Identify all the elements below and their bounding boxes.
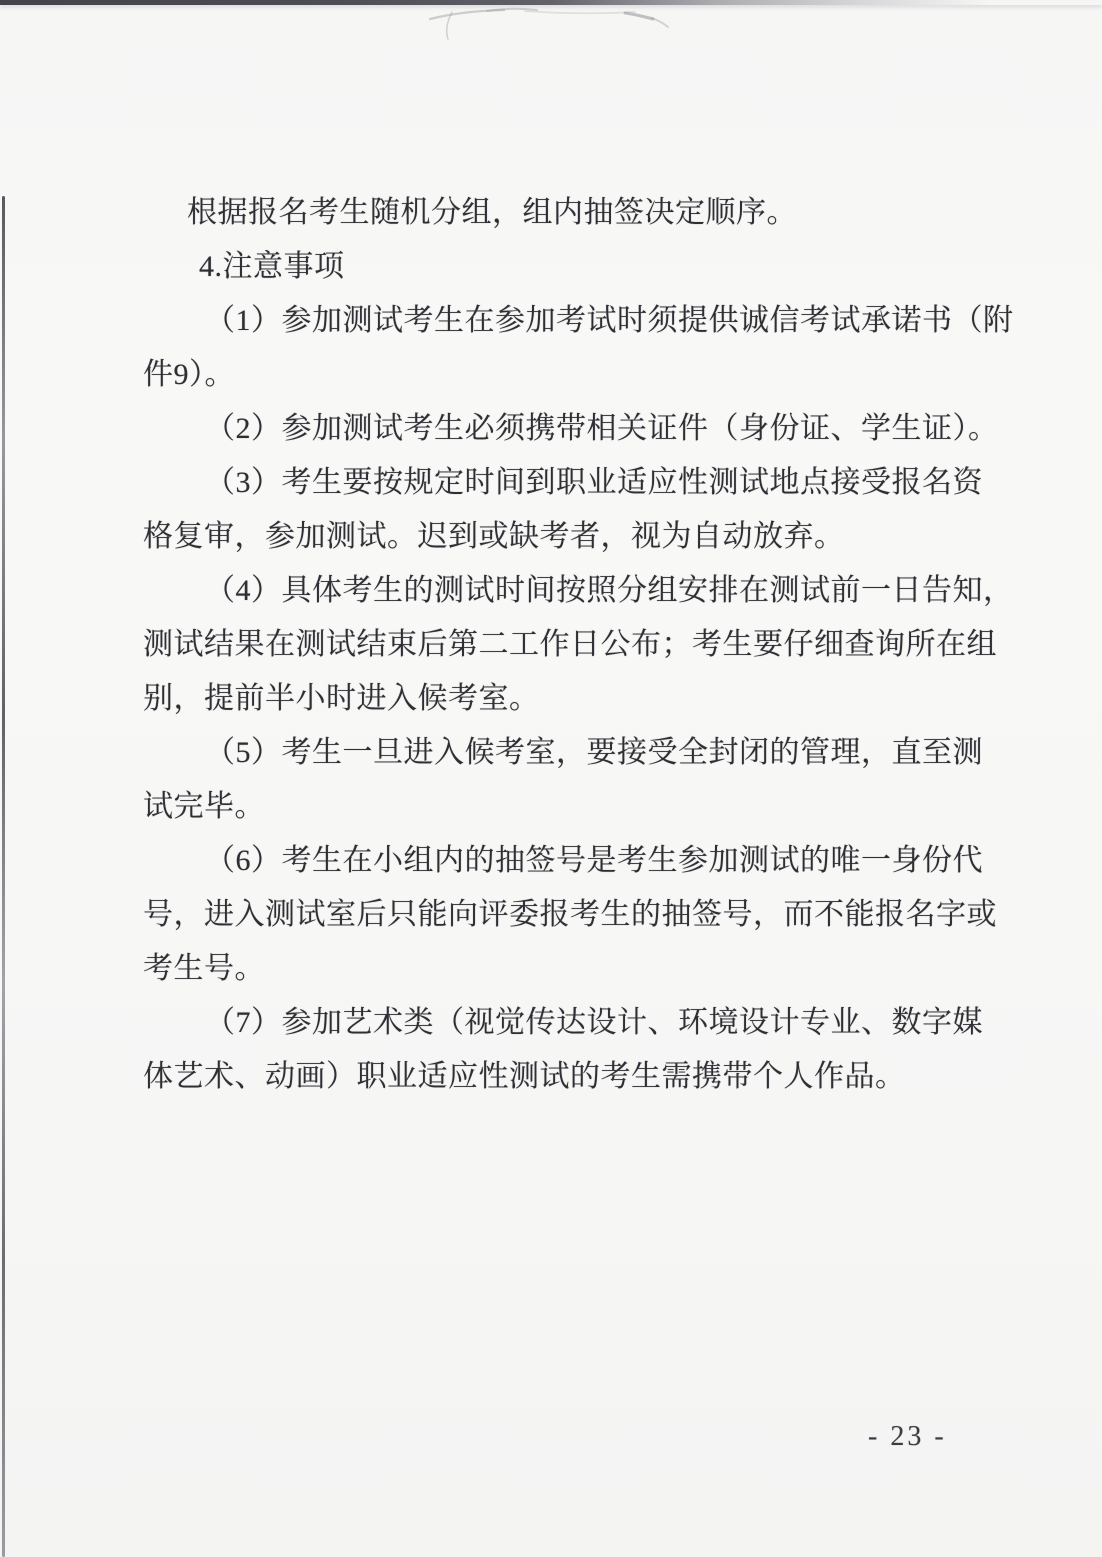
text-line: 测试结果在测试结束后第二工作日公布；考生要仔细查询所在组: [143, 618, 1003, 672]
text-line: （1）参加测试考生在参加考试时须提供诚信考试承诺书（附: [205, 294, 1003, 348]
text-line: 根据报名考生随机分组，组内抽签决定顺序。: [187, 186, 1003, 240]
text-line: 试完毕。: [143, 780, 1003, 834]
text-line: （2）参加测试考生必须携带相关证件（身份证、学生证）。: [205, 402, 1003, 456]
text-line: 4.注意事项: [199, 240, 1003, 294]
text-line: 号，进入测试室后只能向评委报考生的抽签号，而不能报名字或: [143, 888, 1003, 942]
text-line: （6）考生在小组内的抽签号是考生参加测试的唯一身份代: [205, 834, 1003, 888]
text-line: （3）考生要按规定时间到职业适应性测试地点接受报名资: [205, 456, 1003, 510]
scan-left-edge-artifact: [2, 196, 5, 1557]
text-line: 考生号。: [143, 942, 1003, 996]
text-line: 件9）。: [143, 348, 1003, 402]
text-line: 格复审，参加测试。迟到或缺考者，视为自动放弃。: [143, 510, 1003, 564]
scan-top-edge-artifact: [0, 0, 1102, 5]
text-line: 别，提前半小时进入候考室。: [143, 672, 1003, 726]
text-line: （7）参加艺术类（视觉传达设计、环境设计专业、数字媒: [205, 996, 1003, 1050]
text-line: （5）考生一旦进入候考室，要接受全封闭的管理，直至测: [205, 726, 1003, 780]
page-number: - 23 -: [868, 1421, 947, 1453]
scanned-document-page: 根据报名考生随机分组，组内抽签决定顺序。4.注意事项（1）参加测试考生在参加考试…: [0, 0, 1102, 1557]
text-line: 体艺术、动画）职业适应性测试的考生需携带个人作品。: [143, 1050, 1003, 1104]
text-line: （4）具体考生的测试时间按照分组安排在测试前一日告知，: [205, 564, 1003, 618]
document-body: 根据报名考生随机分组，组内抽签决定顺序。4.注意事项（1）参加测试考生在参加考试…: [143, 186, 1003, 1104]
